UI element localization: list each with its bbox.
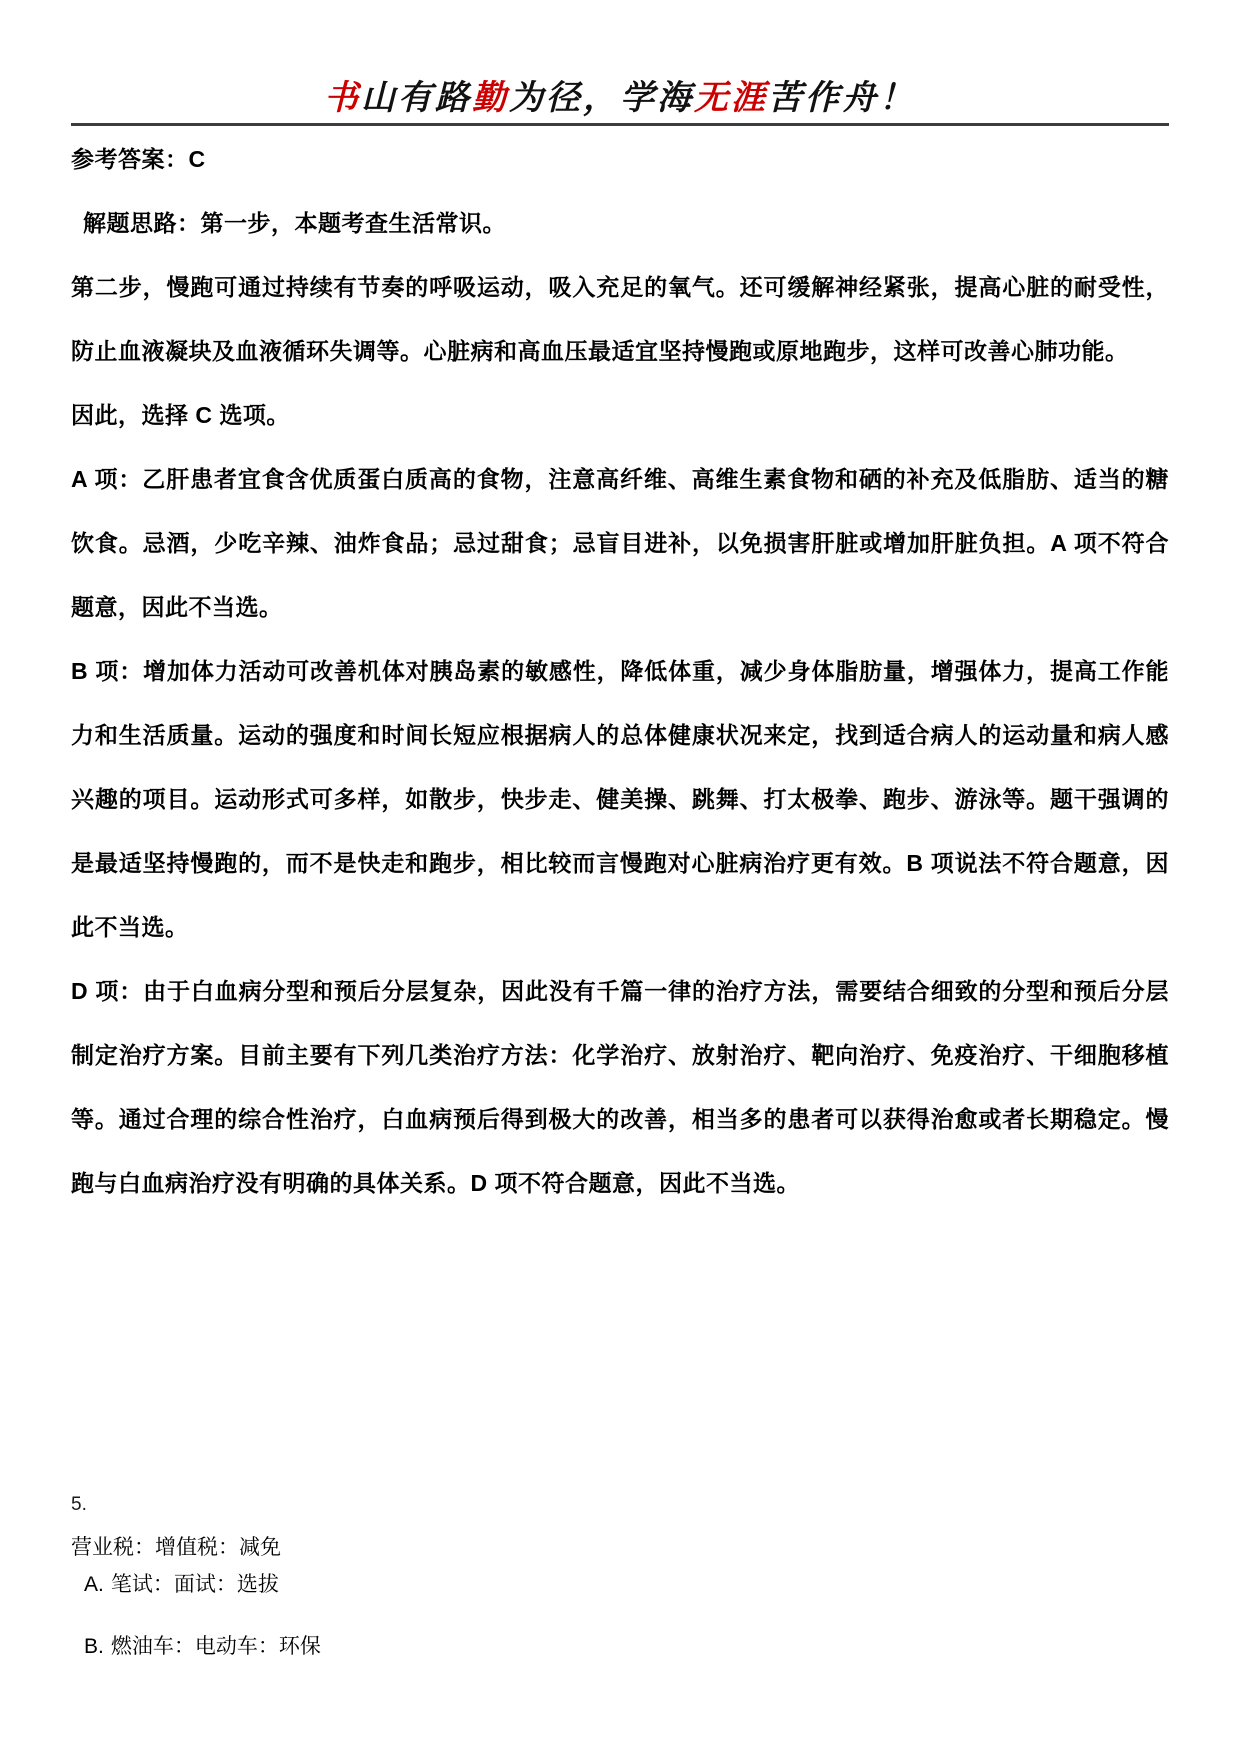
option-label: A. — [84, 1573, 104, 1596]
question-number: 5. — [71, 1494, 321, 1516]
answer-explanation: 参考答案：C解题思路：第一步，本题考查生活常识。第二步，慢跑可通过持续有节奏的呼… — [71, 126, 1169, 1215]
question-stem: 营业税：增值税：减免 — [71, 1529, 321, 1566]
motto-segment: 苦作舟！ — [768, 70, 916, 119]
document-page: 书山有路勤为径，学海无涯苦作舟！ 参考答案：C解题思路：第一步，本题考查生活常识… — [0, 0, 1240, 1215]
motto-segment: 山有路 — [361, 70, 472, 119]
explanation-paragraph: 参考答案：C — [71, 127, 1169, 191]
motto-segment: 为径， — [509, 70, 620, 119]
explanation-paragraph: B 项：增加体力活动可改善机体对胰岛素的敏感性，降低体重，减少身体脂肪量，增强体… — [71, 639, 1169, 959]
option-text: 笔试：面试：选拔 — [111, 1573, 279, 1596]
answer-option: B.燃油车：电动车：环保 — [71, 1628, 321, 1665]
options-list: A.笔试：面试：选拔B.燃油车：电动车：环保 — [71, 1566, 321, 1665]
motto-segment: 书 — [324, 70, 361, 119]
option-label: B. — [84, 1635, 104, 1658]
header-motto: 书山有路勤为径，学海无涯苦作舟！ — [71, 0, 1169, 126]
question-block: 5. 营业税：增值税：减免 A.笔试：面试：选拔B.燃油车：电动车：环保 — [71, 1494, 321, 1665]
motto-segment: 勤 — [472, 70, 509, 119]
answer-option: A.笔试：面试：选拔 — [71, 1566, 321, 1603]
option-text: 燃油车：电动车：环保 — [111, 1635, 321, 1658]
explanation-paragraph: 第二步，慢跑可通过持续有节奏的呼吸运动，吸入充足的氧气。还可缓解神经紧张，提高心… — [71, 255, 1169, 383]
motto-segment: 无涯 — [694, 70, 768, 119]
explanation-paragraph: D 项：由于白血病分型和预后分层复杂，因此没有千篇一律的治疗方法，需要结合细致的… — [71, 959, 1169, 1215]
explanation-paragraph: 因此，选择 C 选项。 — [71, 383, 1169, 447]
motto-segment: 学海 — [620, 70, 694, 119]
explanation-paragraph: A 项：乙肝患者宜食含优质蛋白质高的食物，注意高纤维、高维生素食物和硒的补充及低… — [71, 447, 1169, 639]
explanation-paragraph: 解题思路：第一步，本题考查生活常识。 — [71, 191, 1169, 255]
